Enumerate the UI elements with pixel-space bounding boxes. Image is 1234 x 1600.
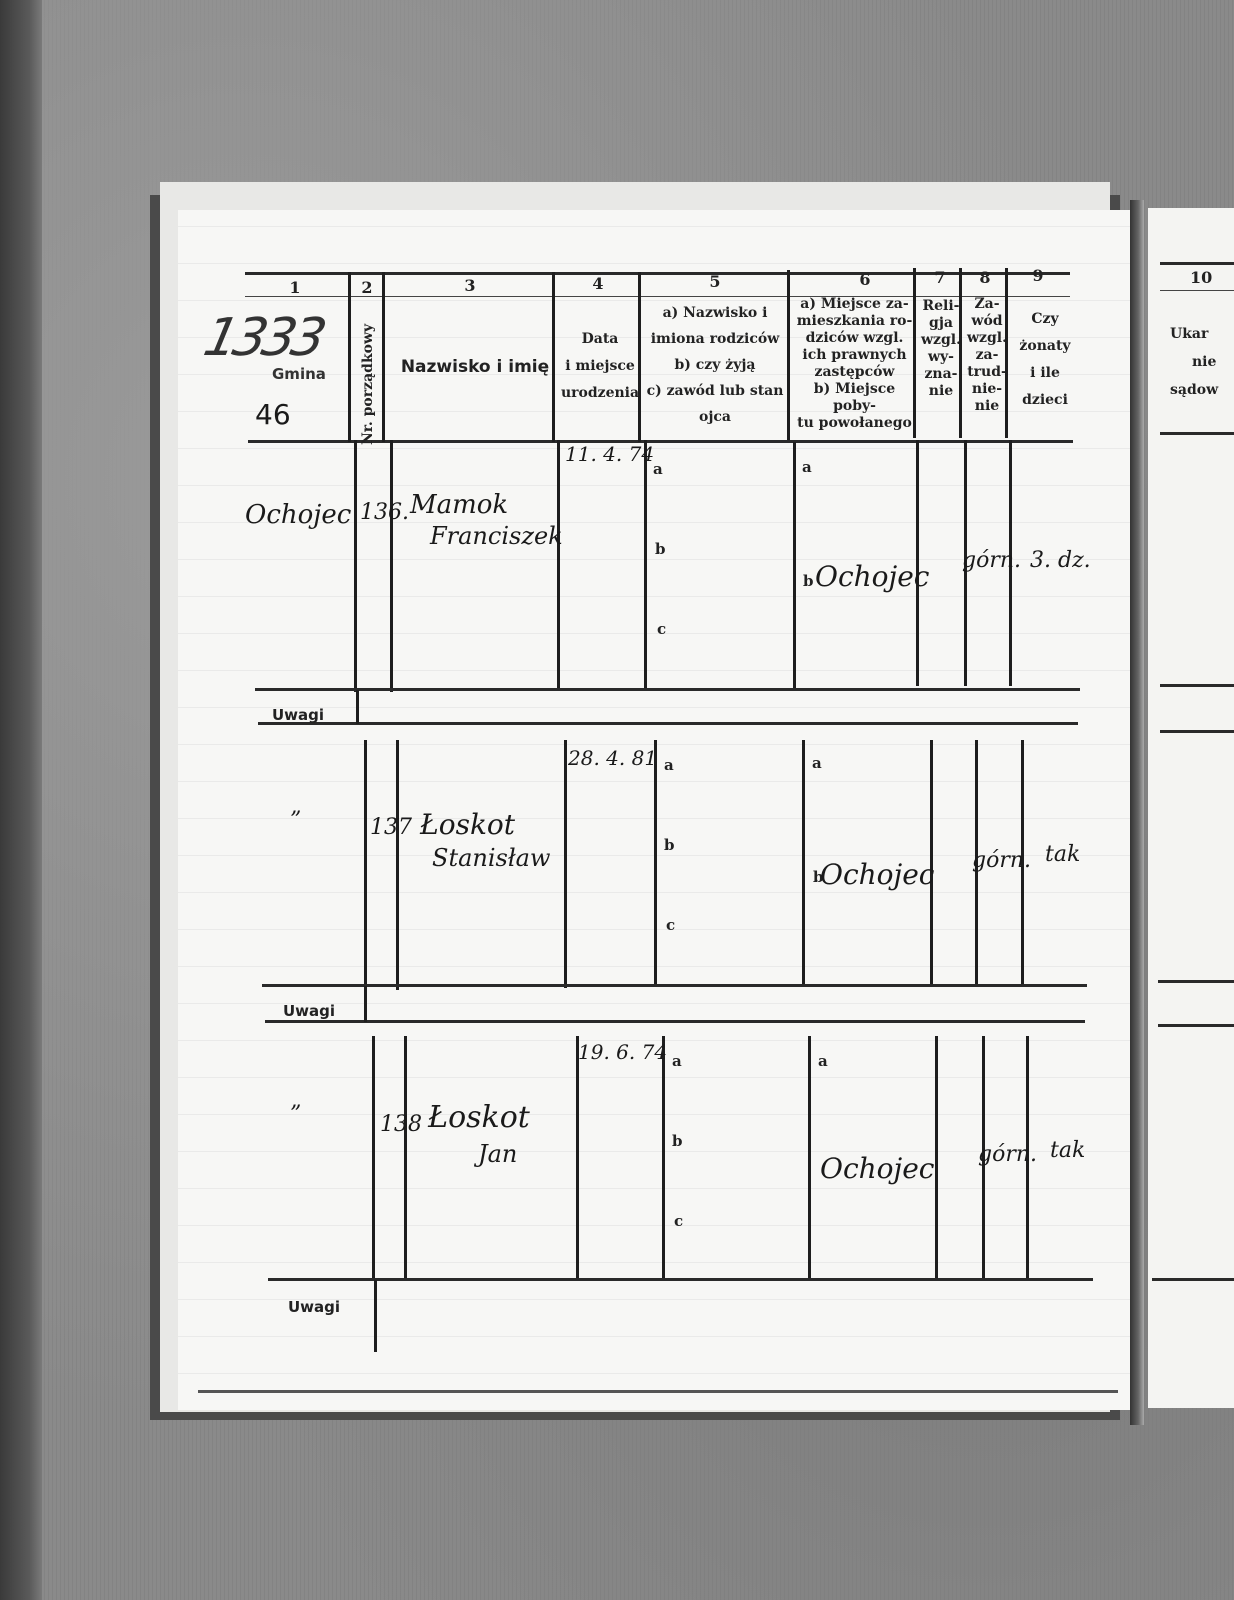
remarks-1-bottom-rule [258,722,1078,725]
sub-c-label: c [666,916,675,934]
col-6-number: 6 [855,270,875,289]
col-10-line: Ukar [1170,320,1234,348]
col-8-number: 8 [975,268,995,287]
book-spine [1130,200,1144,1425]
row-divider [564,740,567,988]
col-1-number: 1 [285,278,305,297]
header-divider [1005,268,1008,438]
col-4-label: Data i miejsce urodzenia [560,330,640,402]
col-5-line: imiona rodziców [640,326,790,352]
surname-value: Łoskot [420,808,515,841]
occupation-value: górn. [962,548,1021,573]
row-divider [576,1036,579,1280]
col-10-number: 10 [1190,268,1230,287]
col-7-line: nie [918,383,964,400]
row-divider [808,1036,811,1278]
col-9-label: Czy żonaty i ile dzieci [1010,306,1080,414]
col-7-label: Reli- gja wzgl. wy- zna- nie [918,298,964,400]
col-7-line: wzgl. [918,332,964,349]
row-divider [557,440,560,690]
gmina-value: Ochojec [245,500,351,530]
header-divider [552,272,555,442]
row-divider [404,1036,407,1280]
residence-value: Ochojec [820,858,934,891]
col-6-line: ich prawnych [792,347,917,364]
remarks-divider [364,986,367,1022]
sub-c-label: c [674,1212,683,1230]
col-5-line: b) czy żyją [640,352,790,378]
col-7-line: zna- [918,366,964,383]
header-divider [382,272,385,442]
col-10-label: Ukar nie sądow [1170,320,1234,404]
facing-rule [1158,1024,1234,1027]
birth-date-value: 11. 4. 74 [565,442,654,466]
col-5-line: a) Nazwisko i [640,300,790,326]
nr-value: 136. [360,500,409,525]
col-9-line: żonaty [1010,333,1080,360]
nr-value: 137 [370,815,412,840]
sub-a-label: a [653,460,663,478]
nr-value: 138 [380,1112,422,1137]
married-children-value: tak [1050,1138,1085,1163]
col-3-label: Nazwisko i imię [395,358,555,376]
col-9-number: 9 [1028,266,1048,285]
gmina-value: ” [290,808,301,833]
row-divider [654,740,657,986]
occupation-value: górn. [972,848,1031,873]
col-8-line: nie- [964,381,1010,398]
col-7-line: wy- [918,349,964,366]
row-divider [644,440,647,688]
col-7-line: Reli- [918,298,964,315]
col-7-line: gja [918,315,964,332]
given-name-value: Stanisław [432,844,550,872]
given-name-value: Franciszek [430,522,563,550]
col-7-number: 7 [930,268,950,287]
scan-left-edge [0,0,42,1600]
col-6-line: mieszkania ro- [792,313,917,330]
remarks-divider [374,1280,377,1352]
sub-a-label: a [802,458,812,476]
col-4-line: Data [560,330,640,348]
sub-b-label: b [655,540,666,558]
remarks-label-2: Uwagi [283,1002,335,1020]
col-2-number: 2 [357,278,377,297]
residence-value: Ochojec [820,1152,934,1185]
sub-a-label: a [672,1052,682,1070]
col-5-line: c) zawód lub stan [640,378,790,404]
col-8-label: Za- wód wzgl. za- trud- nie- nie [964,296,1010,415]
facing-header-rule [1160,262,1234,265]
col-9-line: Czy [1010,306,1080,333]
surname-value: Łoskot [428,1100,530,1135]
row-divider [354,440,357,692]
col-6-line: zastępców [792,364,917,381]
col-8-line: wód [964,313,1010,330]
sub-c-label: c [657,620,666,638]
row-divider [364,740,367,990]
col-8-line: Za- [964,296,1010,313]
facing-number-rule [1160,290,1234,291]
header-divider [787,270,790,440]
col-6-line: tu powołanego [792,415,917,432]
col-4-line: i miejsce [560,357,640,375]
row-divider [935,1036,938,1278]
remarks-divider [356,690,359,724]
col-2-label: Nr. porządkowy [360,324,376,445]
col-6-line: a) Miejsce za- [792,296,917,313]
record-2-bottom-rule [262,984,1087,987]
col-5-label: a) Nazwisko i imiona rodziców b) czy żyj… [640,300,790,430]
archive-subnumber: 46 [255,398,291,431]
remarks-label-1: Uwagi [272,706,324,724]
sub-a-label: a [664,756,674,774]
col-5-line: ojca [640,404,790,430]
col-3-number: 3 [460,276,480,295]
col-8-line: trud- [964,364,1010,381]
sub-b-label: b [803,572,814,590]
residence-value: Ochojec [815,560,929,593]
sub-b-label: b [664,836,675,854]
sub-a-label: a [812,754,822,772]
header-divider [348,272,351,442]
birth-date-value: 28. 4. 81 [568,746,657,770]
record-1-bottom-rule [255,688,1080,691]
col-10-line: sądow [1170,376,1234,404]
facing-rule [1152,1278,1234,1281]
col-9-line: dzieci [1010,387,1080,414]
col-8-line: za- [964,347,1010,364]
sub-b-label: b [672,1132,683,1150]
col-8-line: nie [964,398,1010,415]
col-9-line: i ile [1010,360,1080,387]
married-children-value: 3. dz. [1030,548,1091,573]
remarks-label-3: Uwagi [288,1298,340,1316]
facing-rule [1160,684,1234,687]
header-divider [913,268,916,438]
record-3-bottom-rule [268,1278,1093,1281]
page-bottom-edge [198,1390,1118,1393]
header-divider [959,268,962,438]
gmina-value: ” [290,1102,301,1127]
header-divider [638,272,641,442]
row-divider [396,740,399,990]
col-6-line: dziców wzgl. [792,330,917,347]
facing-rule [1160,730,1234,733]
occupation-value: górn. [978,1142,1037,1167]
col-8-line: wzgl. [964,330,1010,347]
remarks-2-bottom-rule [265,1020,1085,1023]
row-divider [802,740,805,984]
col-10-line: nie [1170,348,1234,376]
col-6-label: a) Miejsce za- mieszkania ro- dziców wzg… [792,296,917,432]
col-4-number: 4 [588,274,608,293]
married-children-value: tak [1045,842,1080,867]
row-divider [390,440,393,692]
col-4-line: urodzenia [560,384,640,402]
row-divider [372,1036,375,1280]
row-divider [662,1036,665,1280]
surname-value: Mamok [410,490,508,520]
facing-rule [1158,980,1234,983]
given-name-value: Jan [478,1140,517,1168]
row-divider [793,442,796,688]
sub-a-label: a [818,1052,828,1070]
archive-number: 1333 [199,308,328,368]
facing-header-bottom [1160,432,1234,435]
birth-date-value: 19. 6. 74 [578,1040,667,1064]
col-6-line: b) Miejsce poby- [792,381,917,415]
col-5-number: 5 [705,272,725,291]
